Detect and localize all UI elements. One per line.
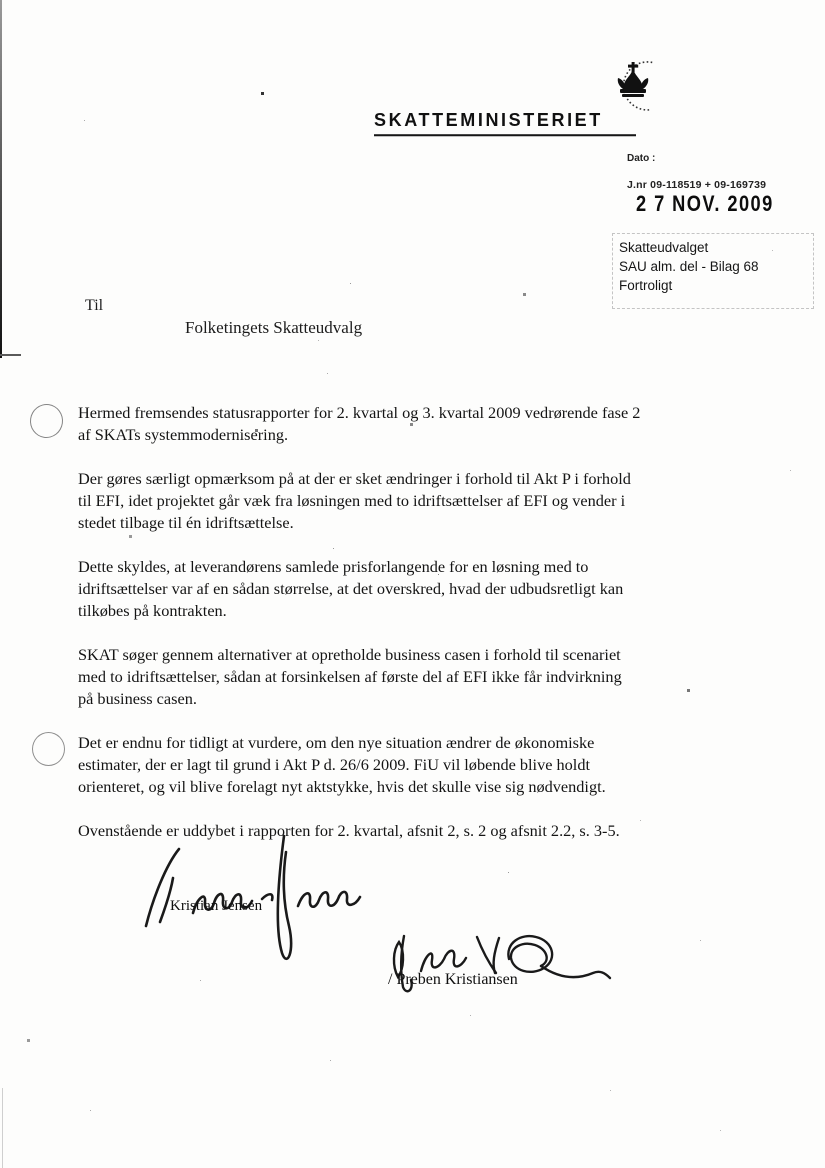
committee-case-reference: SAU alm. del - Bilag 68: [619, 257, 813, 276]
paragraph: Der gøres særligt opmærksom på at der er…: [78, 468, 641, 534]
paragraph: SKAT søger gennem alternativer at opreth…: [78, 644, 641, 710]
paragraph: Det er endnu for tidligt at vurdere, om …: [78, 732, 641, 798]
hole-punch-mark: [32, 732, 65, 766]
hole-punch-mark: [28, 402, 65, 440]
signer-name-printed: Kristian Jensen: [170, 898, 262, 915]
paragraph: Dette skyldes, at leverandørens samlede …: [78, 556, 641, 622]
signer-name-printed: / Preben Kristiansen: [388, 971, 518, 989]
recipient-name: Folketingets Skatteudvalg: [185, 318, 362, 338]
to-label: Til: [85, 297, 103, 315]
scan-edge-artifact-bottom: [2, 1088, 3, 1168]
committee-name: Skatteudvalget: [619, 238, 813, 257]
confidential-label: Fortroligt: [619, 276, 813, 295]
ministry-name: SKATTEMINISTERIET: [374, 110, 636, 137]
letter-body: Hermed fremsendes statusrapporter for 2.…: [78, 402, 641, 864]
scan-edge-artifact: [0, 0, 2, 358]
received-date-stamp: 2 7 NOV. 2009: [636, 192, 774, 218]
journal-number: J.nr 09-118519 + 09-169739: [627, 179, 766, 191]
scan-noise-speckles: [0, 0, 1, 1]
date-label: Dato :: [627, 153, 655, 164]
scanned-letter-page: SKATTEMINISTERIET Dato : J.nr 09-118519 …: [0, 0, 825, 1168]
scan-edge-tick: [0, 354, 21, 356]
paragraph: Ovenstående er uddybet i rapporten for 2…: [78, 820, 641, 842]
paragraph: Hermed fremsendes statusrapporter for 2.…: [78, 402, 641, 446]
committee-annotation-box: Skatteudvalget SAU alm. del - Bilag 68 F…: [612, 233, 814, 309]
